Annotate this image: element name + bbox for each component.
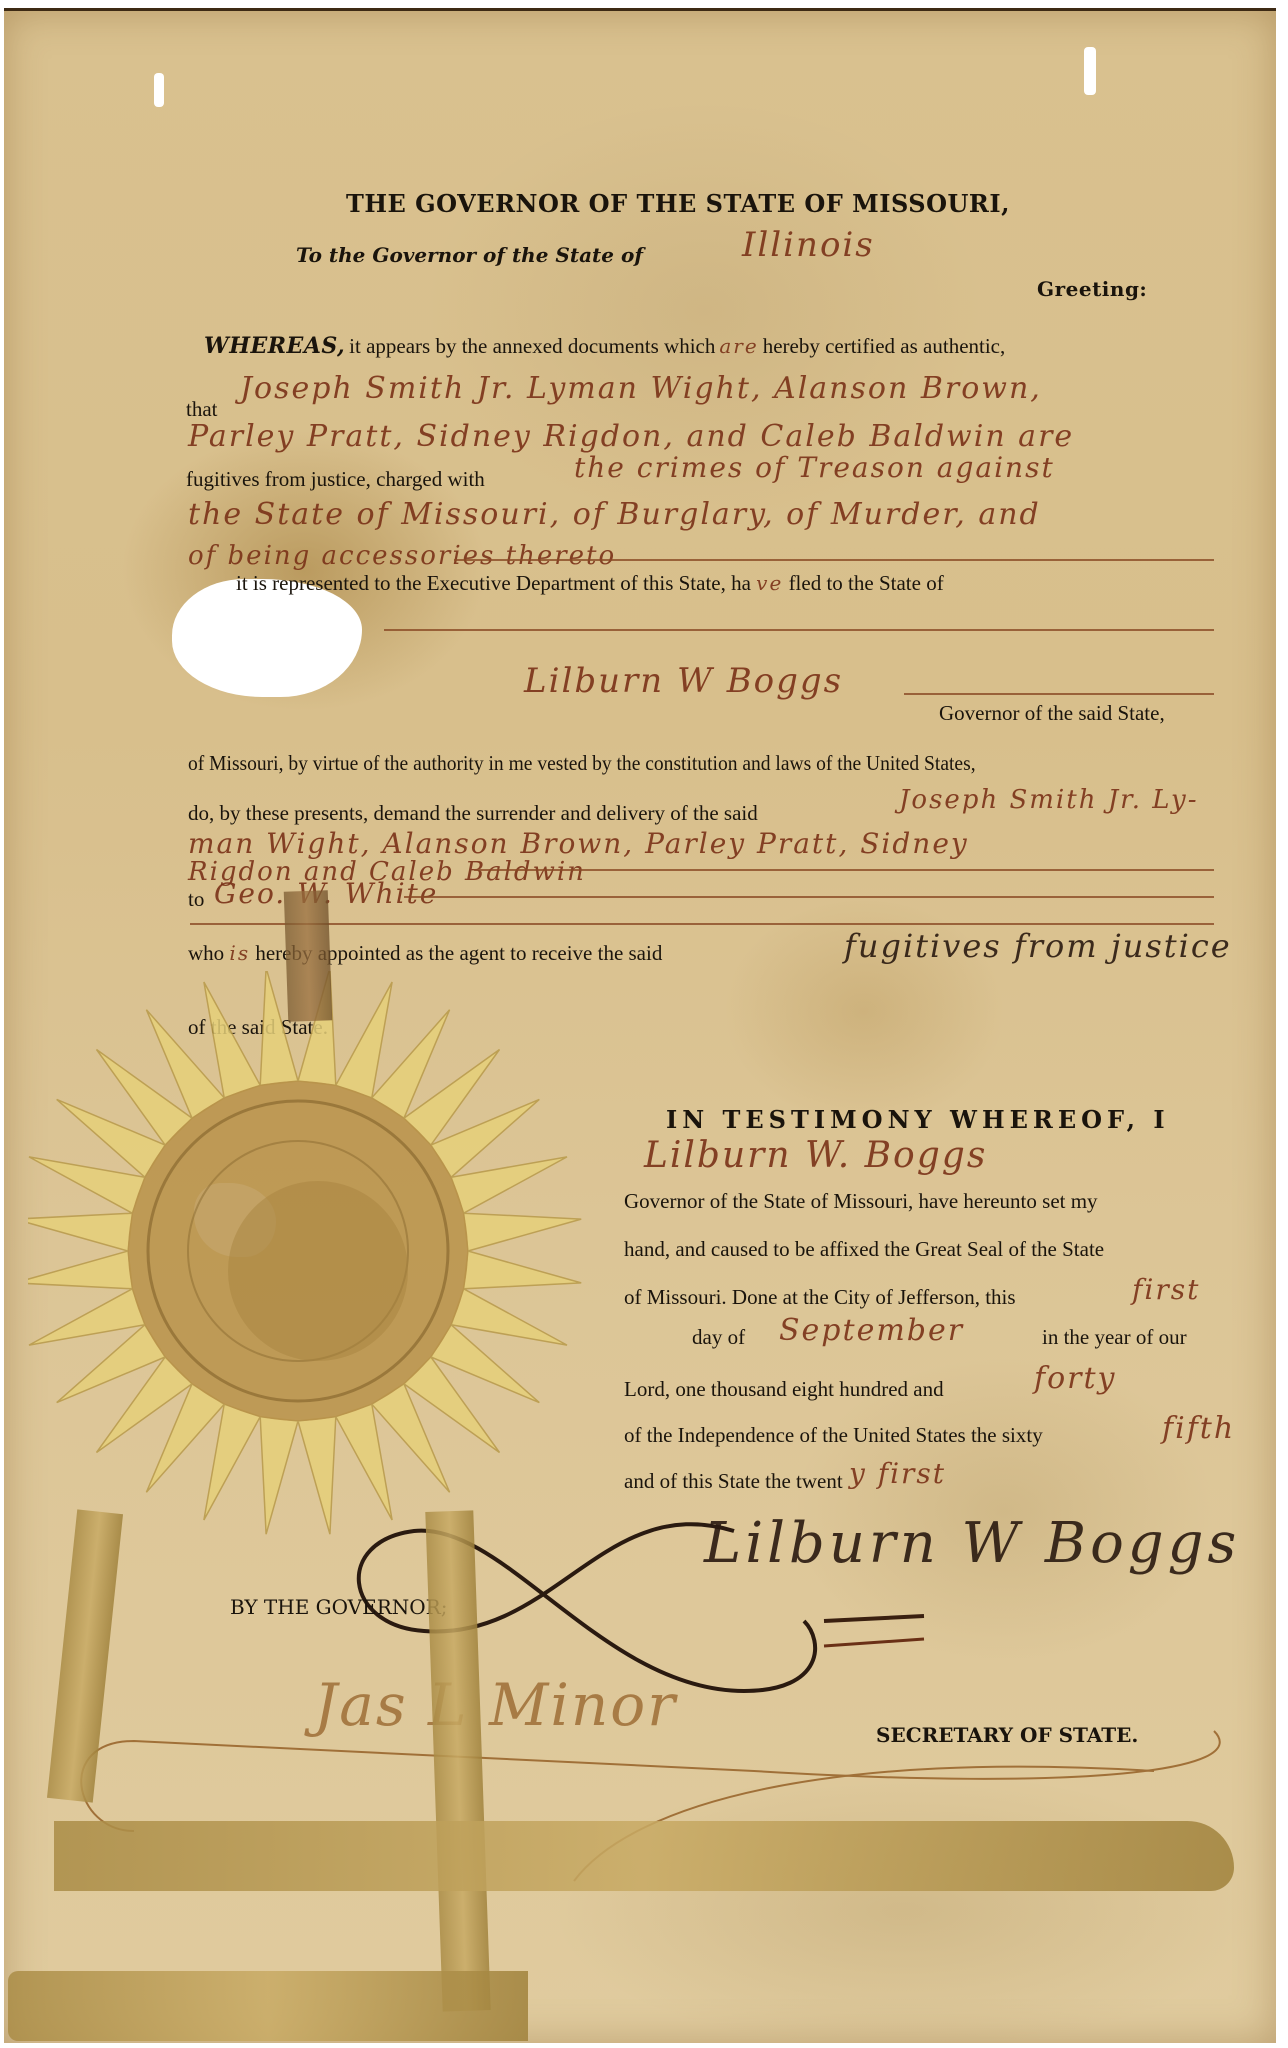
day-of-label: day of bbox=[692, 1325, 745, 1349]
who-a: who bbox=[188, 941, 224, 965]
fill-line bbox=[454, 559, 1214, 561]
whereas-line-1: WHEREAS, it appears by the annexed docum… bbox=[204, 333, 1005, 359]
whereas-text: it appears by the annexed documents whic… bbox=[349, 334, 715, 358]
document-page: THE GOVERNOR OF THE STATE OF MISSOURI, T… bbox=[4, 8, 1276, 2043]
represented-b: fled to the State of bbox=[789, 571, 944, 595]
greeting: Greeting: bbox=[1037, 277, 1147, 301]
testimony-line-3: of Missouri. Done at the City of Jeffers… bbox=[624, 1285, 1016, 1310]
to-label: to bbox=[188, 887, 204, 912]
state-year-handwritten: y first bbox=[849, 1457, 946, 1490]
whereas-hand-are: are bbox=[719, 334, 758, 358]
independence-year-handwritten: fifth bbox=[1162, 1411, 1235, 1446]
represented-a: it is represented to the Executive Depar… bbox=[236, 571, 751, 595]
testimony-heading: IN TESTIMONY WHEREOF, I bbox=[666, 1105, 1170, 1134]
fugitives-text: fugitives from justice, charged with bbox=[186, 467, 485, 492]
governor-line bbox=[904, 693, 1214, 695]
year-handwritten: forty bbox=[1034, 1361, 1117, 1396]
testimony-line-5: Lord, one thousand eight hundred and bbox=[624, 1377, 944, 1402]
names-hand-demand-1: Joseph Smith Jr. Ly- bbox=[899, 785, 1199, 815]
whereas-text-end: hereby certified as authentic, bbox=[763, 334, 1006, 358]
great-seal-of-missouri bbox=[28, 971, 608, 1551]
represented-hand: ve bbox=[756, 571, 783, 595]
crimes-handwritten-3: of being accessories thereto bbox=[188, 541, 616, 571]
document-heading: THE GOVERNOR OF THE STATE OF MISSOURI, bbox=[346, 189, 1010, 218]
paper-hole-top-right bbox=[1084, 47, 1096, 95]
whereas-lead: WHEREAS, bbox=[204, 333, 345, 359]
testimony-line-1: Governor of the State of Missouri, have … bbox=[624, 1189, 1098, 1214]
day-handwritten: first bbox=[1132, 1273, 1200, 1306]
addressee-prefix: To the Governor of the State of bbox=[296, 243, 643, 267]
governor-name-handwritten: Lilburn W Boggs bbox=[524, 661, 843, 701]
agent-line-2 bbox=[190, 923, 1214, 925]
testimony-name-handwritten: Lilburn W. Boggs bbox=[644, 1135, 987, 1176]
year-of-our-text: in the year of our bbox=[1042, 1325, 1187, 1350]
seal-ribbon-upper bbox=[284, 890, 333, 1021]
testimony-line-6: of the Independence of the United States… bbox=[624, 1423, 1043, 1448]
authority-text: of Missouri, by virtue of the authority … bbox=[188, 751, 976, 776]
paper-hole-top-left bbox=[154, 73, 164, 107]
month-handwritten: September bbox=[779, 1313, 964, 1348]
who-hand: is bbox=[229, 941, 250, 965]
represented-text: it is represented to the Executive Depar… bbox=[236, 571, 944, 596]
names-handwritten-2: Parley Pratt, Sidney Rigdon, and Caleb B… bbox=[188, 419, 1074, 454]
testimony-line-7: and of this State the twent bbox=[624, 1469, 843, 1494]
governor-of-said-state: Governor of the said State, bbox=[939, 701, 1165, 726]
fugitives-from-justice-handwritten: fugitives from justice bbox=[844, 927, 1232, 965]
crimes-handwritten-2: the State of Missouri, of Burglary, of M… bbox=[188, 497, 1041, 532]
blank-state-line bbox=[384, 629, 1214, 631]
surrender-text: do, by these presents, demand the surren… bbox=[188, 801, 758, 826]
by-the-governor: BY THE GOVERNOR; bbox=[230, 1595, 447, 1619]
seal-ribbon-horizontal bbox=[54, 1821, 1234, 1891]
names-handwritten-1: Joseph Smith Jr. Lyman Wight, Alanson Br… bbox=[240, 371, 1042, 406]
paper-hole-seal-upper bbox=[172, 579, 362, 697]
addressee-state-handwritten: Illinois bbox=[742, 225, 875, 265]
seal-ribbon-bottom-end bbox=[8, 1971, 528, 2041]
names-line bbox=[474, 869, 1214, 871]
names-hand-demand-2: man Wight, Alanson Brown, Parley Pratt, … bbox=[188, 827, 969, 860]
testimony-line-4: day of bbox=[692, 1325, 745, 1350]
who-text: who is hereby appointed as the agent to … bbox=[188, 941, 662, 966]
testimony-line-2: hand, and caused to be affixed the Great… bbox=[624, 1237, 1104, 1262]
agent-line bbox=[404, 896, 1214, 898]
crimes-handwritten-1: the crimes of Treason against bbox=[574, 451, 1055, 484]
